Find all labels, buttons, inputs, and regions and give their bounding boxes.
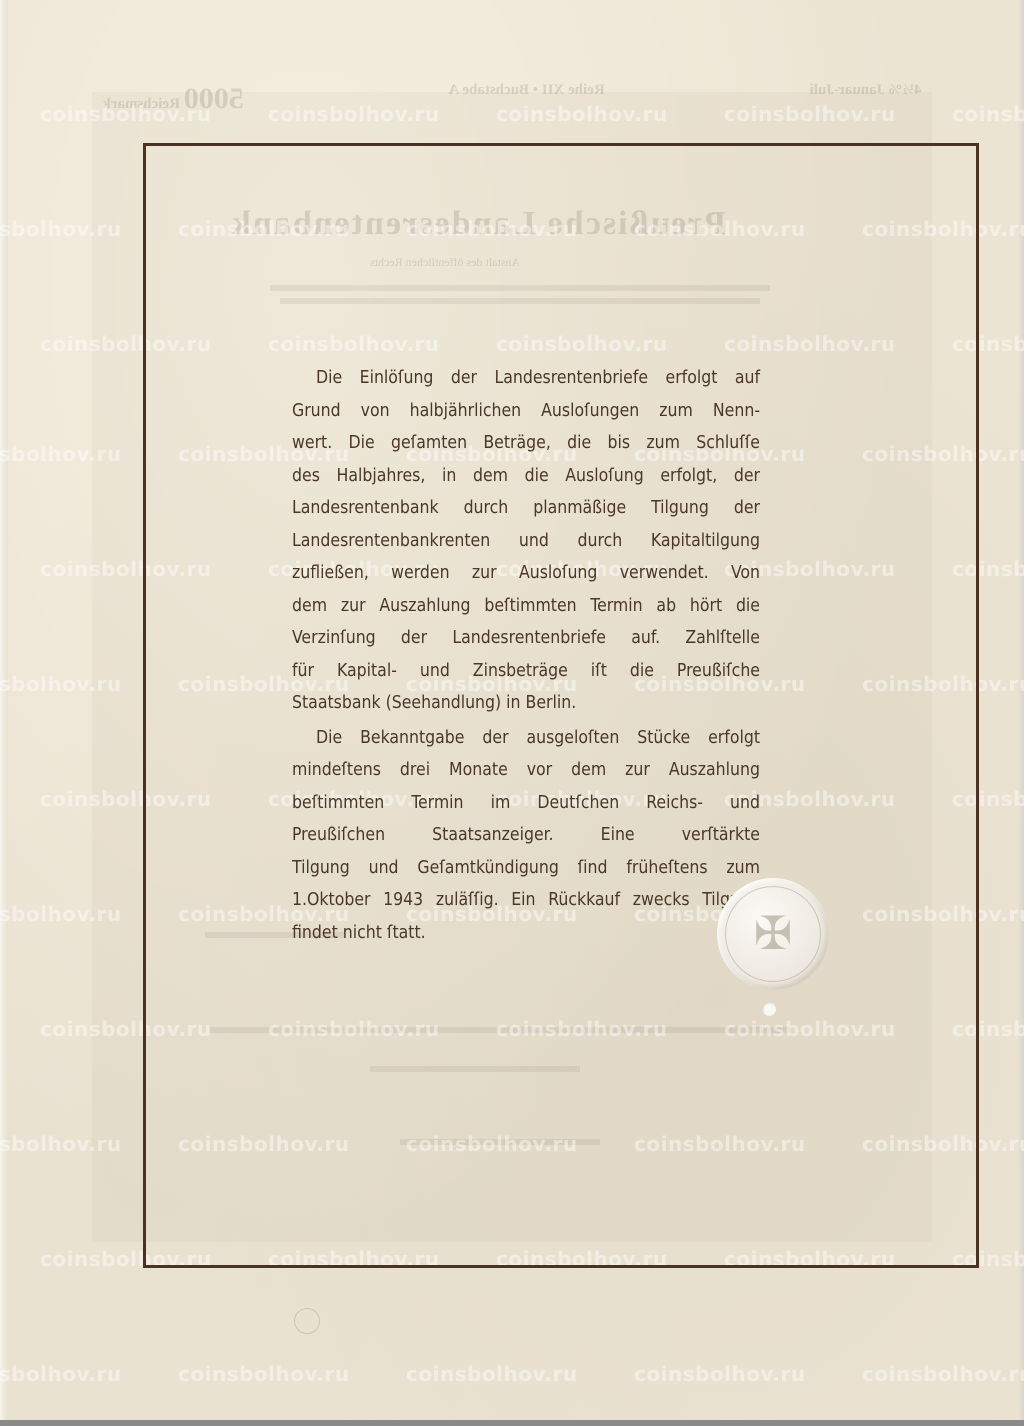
text-line: Verzinſung der Landesrentenbriefe auf. Z…	[292, 622, 760, 655]
watermark-text: coinsbolhov.ru	[496, 102, 668, 126]
watermark-text: coinsbolhov.ru	[0, 902, 122, 926]
watermark-text: coinsbolhov.ru	[0, 1362, 122, 1386]
text-line: Tilgung und Geſamtkündigung ſind frühеſt…	[292, 852, 760, 885]
scan-edge-bottom	[0, 1420, 1024, 1426]
text-line: Die Einlöſung der Landesrentenbriefe erf…	[292, 362, 760, 395]
paper-mark	[294, 1308, 320, 1334]
document-body: Die Einlöſung der Landesrentenbriefe erf…	[292, 362, 760, 951]
watermark-text: coinsbolhov.ru	[0, 217, 122, 241]
text-line: Staatsbank (Seehandlung) in Berlin.	[292, 687, 760, 720]
embossed-seal: ✠	[717, 878, 829, 990]
text-line: Preußiſchen Staatsanzeiger. Eine verſtär…	[292, 819, 760, 852]
watermark-text: coinsbolhov.ru	[0, 1132, 122, 1156]
watermark-text: coinsbolhov.ru	[634, 1362, 806, 1386]
text-line: für Kapital- und Zinsbeträge iſt die Pre…	[292, 655, 760, 688]
scan-edge-right	[1018, 0, 1024, 1426]
text-line: 1.Oktober 1943 zuläſſig. Ein Rückkauf zw…	[292, 884, 760, 917]
watermark-text: coinsbolhov.ru	[724, 102, 896, 126]
text-line: findet nicht ſtatt.	[292, 917, 760, 950]
scan-edge-left	[0, 0, 8, 1426]
text-line: beſtimmten Termin im Deutſchen Reichs- u…	[292, 787, 760, 820]
watermark-text: coinsbolhov.ru	[40, 102, 212, 126]
text-line: zufließen, werden zur Ausloſung verwende…	[292, 557, 760, 590]
text-line: Grund von halbjährlichen Ausloſungen zum…	[292, 395, 760, 428]
eagle-icon: ✠	[747, 900, 799, 966]
text-line: Landesrentenbank durch planmäßige Tilgun…	[292, 492, 760, 525]
watermark-text: coinsbolhov.ru	[0, 672, 122, 696]
text-line: dem zur Auszahlung beſtimmten Termin ab …	[292, 590, 760, 623]
text-line: mindeſtens drei Monate vor dem zur Ausza…	[292, 754, 760, 787]
watermark-text: coinsbolhov.ru	[178, 1362, 350, 1386]
paragraph-redemption: Die Einlöſung der Landesrentenbriefe erf…	[292, 362, 760, 720]
watermark-text: coinsbolhov.ru	[268, 102, 440, 126]
watermark-text: coinsbolhov.ru	[406, 1362, 578, 1386]
watermark-text: coinsbolhov.ru	[862, 1362, 1024, 1386]
watermark-text: coinsbolhov.ru	[0, 442, 122, 466]
text-line: des Halbjahres, in dem die Ausloſung erf…	[292, 460, 760, 493]
text-line: Die Bekanntgabe der ausgeloſten Stücke e…	[292, 722, 760, 755]
text-line: wert. Die geſamten Beträge, die bis zum …	[292, 427, 760, 460]
paragraph-announcement: Die Bekanntgabe der ausgeloſten Stücke e…	[292, 722, 760, 950]
punch-hole	[762, 1002, 776, 1016]
text-line: Landesrentenbankrenten und durch Kapital…	[292, 525, 760, 558]
watermark-text: coinsbolhov.ru	[952, 102, 1024, 126]
